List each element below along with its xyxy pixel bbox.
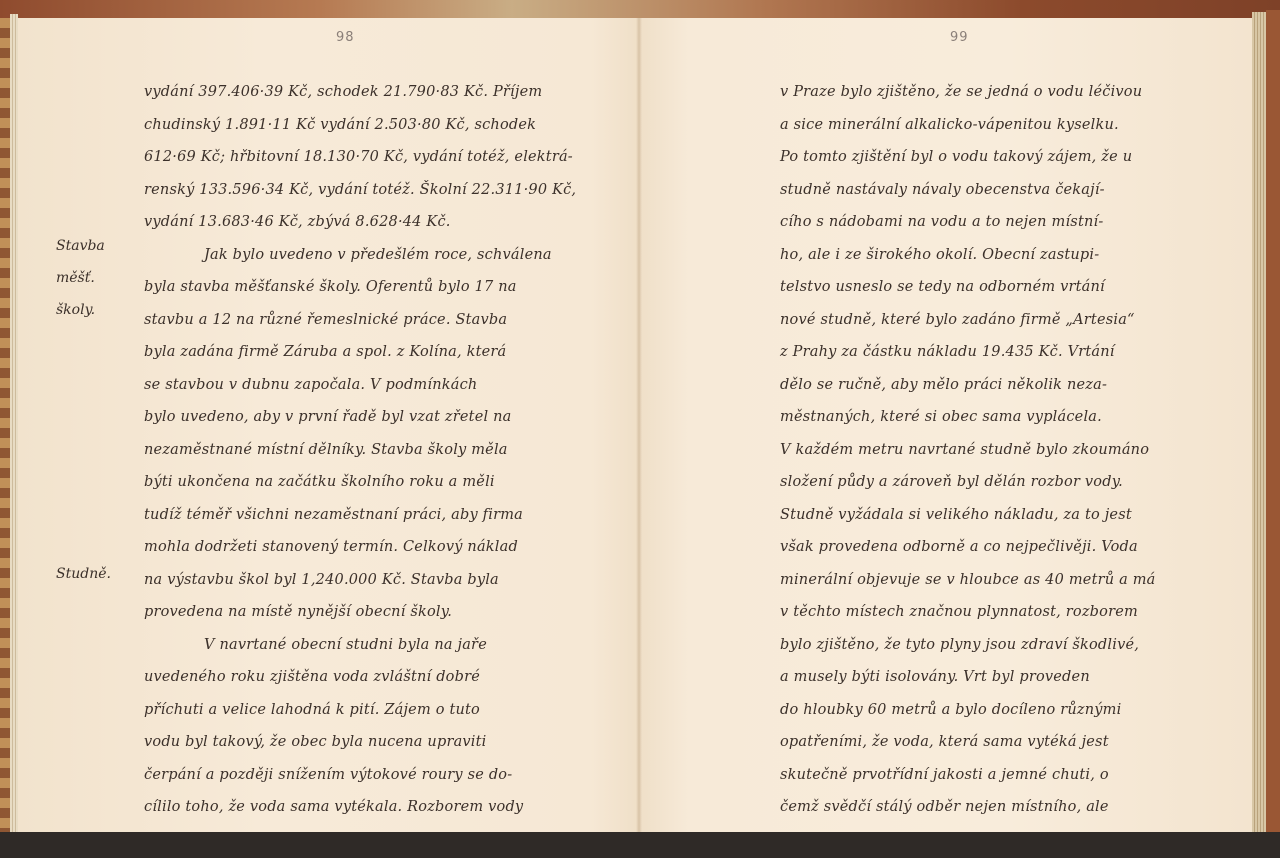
margin-note-line: Studně. [56,558,146,590]
text-line: býti ukončena na začátku školního roku a… [144,466,594,499]
text-line: cího s nádobami na vodu a to nejen místn… [780,206,1160,239]
page-number: 98 [336,30,355,45]
paragraph-start-line: Jak bylo uvedeno v předešlém roce, schvá… [144,239,594,272]
text-line: uvedeného roku zjištěna voda zvláštní do… [144,661,594,694]
text-line: a sice minerální alkalicko-vápenitou kys… [780,109,1160,142]
text-line: byla zadána firmě Záruba a spol. z Kolín… [144,336,594,369]
paragraph-start-line: V navrtané obecní studni byla na jaře [144,629,594,662]
text-line: vodu byl takový, že obec byla nucena upr… [144,726,594,759]
text-line: příchuti a velice lahodná k pití. Zájem … [144,694,594,727]
page-stack-left [10,14,18,832]
scan-background [0,832,1280,858]
text-line: 612·69 Kč; hřbitovní 18.130·70 Kč, vydán… [144,141,594,174]
text-line: V každém metru navrtané studně bylo zkou… [780,434,1160,467]
cover-top-edge [0,0,1280,18]
text-line: vydání 13.683·46 Kč, zbývá 8.628·44 Kč. [144,206,594,239]
margin-note-line: Stavba měšť. [56,230,146,294]
text-line: do hloubky 60 metrů a bylo docíleno různ… [780,694,1160,727]
book-gutter [636,18,642,832]
text-line: skutečně prvotřídní jakosti a jemné chut… [780,759,1160,792]
binding-right-edge [1266,10,1280,840]
text-line: stavbu a 12 na různé řemeslnické práce. … [144,304,594,337]
text-line: bylo zjištěno, že tyto plyny jsou zdraví… [780,629,1160,662]
text-line: čerpání a později snížením výtokové rour… [144,759,594,792]
text-line: však provedena odborně a co nejpečlivěji… [780,531,1160,564]
margin-note-wells: Studně. [56,558,146,590]
text-line: opatřeními, že voda, která sama vytéká j… [780,726,1160,759]
text-line: Po tomto zjištění byl o vodu takový záje… [780,141,1160,174]
margin-note-school-construction: Stavba měšť. školy. [56,230,146,326]
text-line: na výstavbu škol byl 1,240.000 Kč. Stavb… [144,564,594,597]
text-line: městnaných, které si obec sama vyplácela… [780,401,1160,434]
text-line: z Prahy za částku nákladu 19.435 Kč. Vrt… [780,336,1160,369]
margin-note-line: školy. [56,294,146,326]
text-line: čemž svědčí stálý odběr nejen místního, … [780,791,1160,824]
left-page-text: vydání 397.406·39 Kč, schodek 21.790·83 … [144,76,594,824]
right-page-text: v Praze bylo zjištěno, že se jedná o vod… [780,76,1160,824]
text-line: mohla dodržeti stanovený termín. Celkový… [144,531,594,564]
text-line: vydání 397.406·39 Kč, schodek 21.790·83 … [144,76,594,109]
text-line: minerální objevuje se v hloubce as 40 me… [780,564,1160,597]
text-line: nezaměstnané místní dělníky. Stavba škol… [144,434,594,467]
text-line: provedena na místě nynější obecní školy. [144,596,594,629]
text-line: cílilo toho, že voda sama vytékala. Rozb… [144,791,594,824]
text-line: Studně vyžádala si velikého nákladu, za … [780,499,1160,532]
page-stack-right [1252,12,1266,832]
text-line: složení půdy a zároveň byl dělán rozbor … [780,466,1160,499]
text-line: ho, ale i ze širokého okolí. Obecní zast… [780,239,1160,272]
text-line: v těchto místech značnou plynnatost, roz… [780,596,1160,629]
text-line: se stavbou v dubnu započala. V podmínkác… [144,369,594,402]
text-line: telstvo usneslo se tedy na odborném vrtá… [780,271,1160,304]
text-line: chudinský 1.891·11 Kč vydání 2.503·80 Kč… [144,109,594,142]
right-page: 99 v Praze bylo zjištěno, že se jedná o … [640,18,1252,832]
text-line: a musely býti isolovány. Vrt byl provede… [780,661,1160,694]
text-line: tudíž téměř všichni nezaměstnaní práci, … [144,499,594,532]
text-line: bylo uvedeno, aby v první řadě byl vzat … [144,401,594,434]
page-number: 99 [950,30,969,45]
left-page: 98 Stavba měšť. školy. Studně. vydání 39… [18,18,640,832]
text-line: byla stavba měšťanské školy. Oferentů by… [144,271,594,304]
text-line: nové studně, které bylo zadáno firmě „Ar… [780,304,1160,337]
text-line: dělo se ručně, aby mělo práci několik ne… [780,369,1160,402]
text-line: renský 133.596·34 Kč, vydání totéž. Škol… [144,174,594,207]
text-line: studně nastávaly návaly obecenstva čekaj… [780,174,1160,207]
text-line: v Praze bylo zjištěno, že se jedná o vod… [780,76,1160,109]
